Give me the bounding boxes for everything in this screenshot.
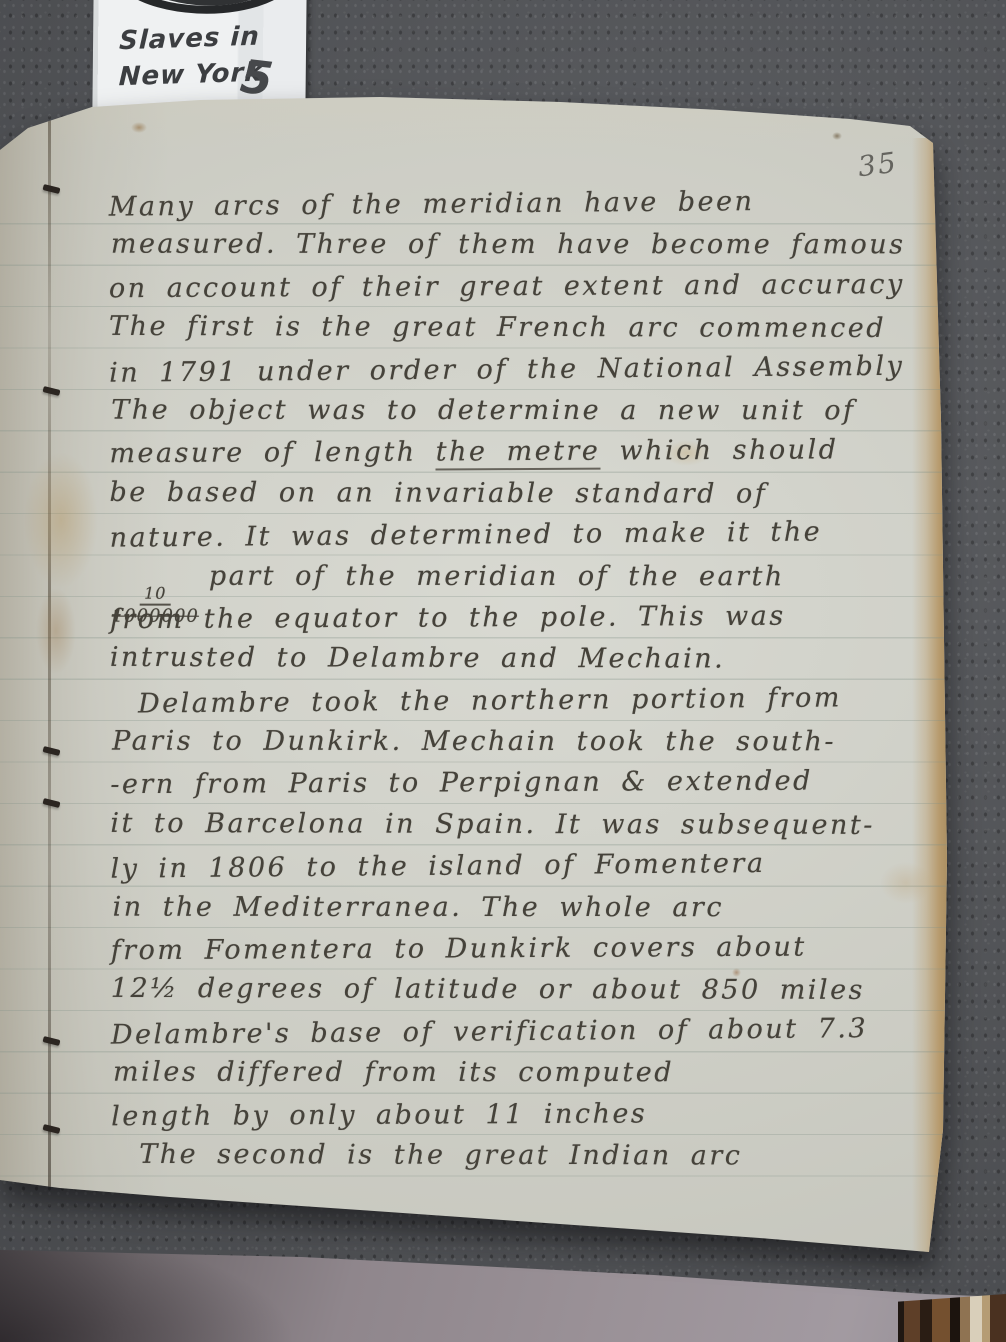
manuscript-line: measure of length the metre which should (109, 429, 949, 475)
manuscript-line: 12½ degrees of latitude or about 850 mil… (111, 968, 951, 1012)
underlined-phrase: the metre (436, 436, 601, 471)
paper-stain (24, 452, 98, 588)
notebook-page: 35 Many arcs of the meridian have been m… (0, 0, 1006, 1342)
manuscript-line: ly in 1806 to the island of Fomentera (110, 842, 950, 891)
manuscript-line: Delambre took the northern portion from (138, 676, 950, 724)
manuscript-line: The first is the great French arc commen… (109, 306, 949, 350)
bookmark-slip: Slaves in New York 5 (92, 0, 306, 111)
manuscript-line: be based on an invariable standard of (109, 472, 949, 516)
manuscript-line: it to Barcelona in Spain. It was subsequ… (110, 803, 950, 847)
page-number: 35 (856, 146, 899, 184)
line-text: which should (600, 435, 838, 467)
manuscript-text-block: Many arcs of the meridian have been meas… (109, 182, 952, 1178)
table-surface (0, 1240, 1006, 1342)
manuscript-line: in 1791 under order of the National Asse… (109, 345, 949, 394)
manuscript-line: length by only about 11 inches (111, 1091, 951, 1137)
paper-stain (131, 122, 147, 133)
manuscript-line: Paris to Dunkirk. Mechain took the south… (112, 721, 952, 763)
manuscript-line: on account of their great extent and acc… (109, 264, 949, 310)
book-cover-edge (898, 1294, 1006, 1342)
paper-stain (832, 132, 842, 140)
manuscript-line: Delambre's base of verification of about… (111, 1007, 951, 1056)
line-text: measure of length (109, 437, 436, 470)
manuscript-line: from Fomentera to Dunkirk covers about (111, 926, 951, 972)
manuscript-line: from the equator to the pole. This was (110, 595, 950, 641)
paper-stain (36, 588, 76, 674)
manuscript-line: The second is the great Indian arc (139, 1134, 951, 1178)
manuscript-line: intrusted to Delambre and Mechain. (110, 637, 950, 681)
manuscript-line: in the Mediterranea. The whole arc (113, 886, 953, 928)
manuscript-line: miles differed from its computed (113, 1052, 953, 1094)
manuscript-line: nature. It was determined to make it the (109, 510, 949, 559)
manuscript-line: 101000000part of the meridian of the ear… (112, 555, 952, 597)
line-text: part of the meridian of the earth (209, 560, 785, 592)
photo-of-notebook: Slaves in New York 5 35 Man (0, 0, 1006, 1342)
slip-text-line-1: Slaves in (119, 22, 261, 57)
manuscript-line: measured. Three of them have become famo… (111, 224, 951, 266)
manuscript-line: The object was to determine a new unit o… (111, 390, 951, 432)
slip-number: 5 (238, 49, 276, 106)
manuscript-line: Many arcs of the meridian have been (109, 179, 949, 228)
paper-stain (328, 1218, 341, 1227)
manuscript-line: -ern from Paris to Perpignan & extended (110, 760, 950, 806)
